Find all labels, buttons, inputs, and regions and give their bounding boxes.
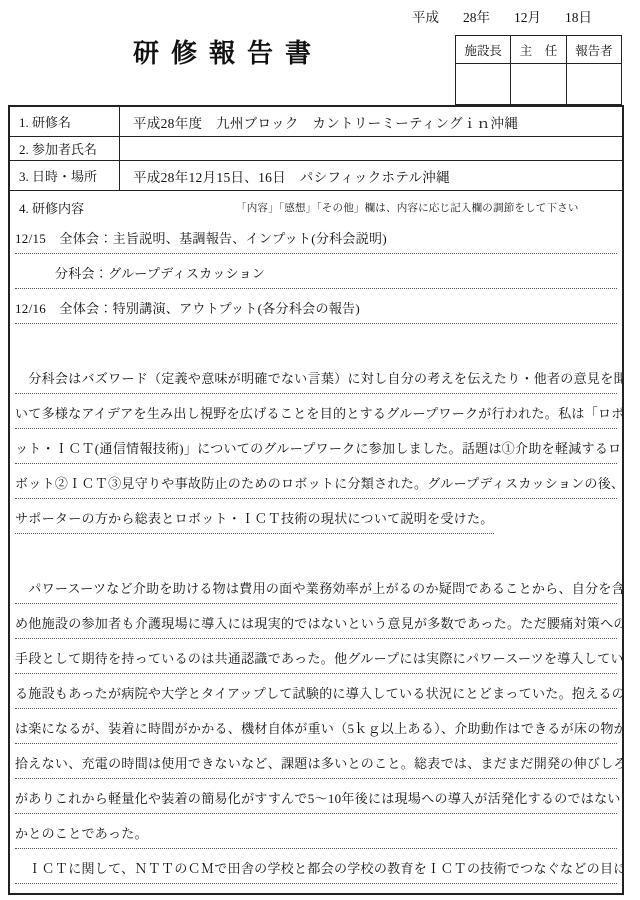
- body-line-text: 12/15 全体会：主旨説明、基調報告、インプット(分科会説明): [15, 224, 617, 254]
- body-line: いて多様なアイデアを生み出し視野を広げることを目的とするグループワークが行われた…: [15, 399, 617, 434]
- signature-cell-facility-director: [456, 64, 511, 104]
- training-report-page: { "date": { "era": "平成", "year": "28年", …: [0, 0, 640, 900]
- body-line: サポーターの方から総表とロボット・ＩＣＴ技術の現状について説明を受けた。: [15, 504, 617, 539]
- body-line: 手段として期待を持っているのは共通認識であった。他グループには実際にパワースーツ…: [15, 644, 617, 679]
- approval-header-reporter: 報告者: [567, 36, 621, 63]
- report-body-lines: 12/15 全体会：主旨説明、基調報告、インプット(分科会説明) 分科会：グルー…: [10, 224, 622, 889]
- body-line: ボット②ＩＣＴ③見守りや事故防止のためのロボットに分類された。グループディスカッ…: [15, 469, 617, 504]
- section4-header-row: 4. 研修内容 「内容」「感想」「その他」欄は、内容に応じ記入欄の調節をして下さ…: [10, 191, 622, 224]
- date-month: 12月: [514, 6, 541, 26]
- body-line: パワースーツなど介助を助ける物は費用の面や業務効率が上がるのか疑問であることから…: [15, 574, 617, 609]
- body-line: かとのことであった。: [15, 819, 617, 854]
- body-line-text: は楽になるが、装着に時間がかかる、機材自体が重い（5ｋｇ以上ある）、介助動作はで…: [15, 714, 617, 744]
- body-line-text: 分科会：グループディスカッション: [15, 259, 617, 289]
- body-line-text: 12/16 全体会：特別講演、アウトプット(各分科会の報告): [15, 294, 617, 324]
- body-line: がありこれから軽量化や装着の簡易化がすすんで5～10年後には現場への導入が活発化…: [15, 784, 617, 819]
- body-line-text: 分科会はバズワード（定義や意味が明確でない言葉）に対し自分の考えを伝えたり・他者…: [15, 364, 617, 394]
- body-line-text: ット・ＩＣＴ(通信情報技術)」についてのグループワークに参加しました。話題は①介…: [15, 434, 617, 464]
- page-title: 研修報告書: [133, 33, 323, 70]
- approval-signature-row: [456, 64, 621, 104]
- body-line: 12/16 全体会：特別講演、アウトプット(各分科会の報告): [15, 294, 617, 329]
- body-line-text: ボット②ＩＣＴ③見守りや事故防止のためのロボットに分類された。グループディスカッ…: [15, 469, 617, 499]
- approval-stamp-table: 施設長 主 任 報告者: [455, 35, 622, 105]
- field-label-training-name: 1. 研修名: [10, 107, 120, 136]
- body-line-text: サポーターの方から総表とロボット・ＩＣＴ技術の現状について説明を受けた。: [15, 504, 494, 534]
- body-line: [15, 329, 617, 364]
- section4-note: 「内容」「感想」「その他」欄は、内容に応じ記入欄の調節をして下さい: [236, 200, 579, 215]
- field-value-participants: [120, 137, 622, 160]
- field-row-training-name: 1. 研修名 平成28年度 九州ブロック カントリーミーティングｉｎ沖縄: [10, 107, 622, 137]
- field-value-training-name: 平成28年度 九州ブロック カントリーミーティングｉｎ沖縄: [120, 107, 622, 136]
- date-era: 平成: [412, 6, 439, 26]
- body-line-text: がありこれから軽量化や装着の簡易化がすすんで5～10年後には現場への導入が活発化…: [15, 784, 617, 814]
- body-line: [15, 539, 617, 574]
- body-line-text: め他施設の参加者も介護現場に導入には現実的ではないという意見が多数であった。ただ…: [15, 609, 617, 639]
- body-line: 12/15 全体会：主旨説明、基調報告、インプット(分科会説明): [15, 224, 617, 259]
- approval-header-facility-director: 施設長: [456, 36, 511, 63]
- signature-cell-chief: [511, 64, 566, 104]
- field-label-participants: 2. 参加者氏名: [10, 137, 120, 160]
- body-line-text: かとのことであった。: [15, 819, 617, 849]
- body-line: る施設もあったが病院や大学とタイアップして試験的に導入している状況にとどまってい…: [15, 679, 617, 714]
- date-year: 28年: [463, 6, 490, 26]
- body-line-text: 拾えない、充電の時間は使用できないなど、課題は多いとのこと。総表では、まだまだ開…: [15, 749, 617, 779]
- report-table: 1. 研修名 平成28年度 九州ブロック カントリーミーティングｉｎ沖縄 2. …: [8, 105, 624, 895]
- approval-header-row: 施設長 主 任 報告者: [456, 36, 621, 64]
- field-row-participants: 2. 参加者氏名: [10, 137, 622, 161]
- body-line: め他施設の参加者も介護現場に導入には現実的ではないという意見が多数であった。ただ…: [15, 609, 617, 644]
- report-date: 平成 28年 12月 18日: [412, 6, 592, 26]
- field-value-date-place: 平成28年12月15日、16日 パシフィックホテル沖縄: [120, 161, 622, 190]
- date-day: 18日: [565, 6, 592, 26]
- body-line-text: 手段として期待を持っているのは共通認識であった。他グループには実際にパワースーツ…: [15, 644, 617, 674]
- field-label-date-place: 3. 日時・場所: [10, 161, 120, 190]
- body-line-text: いて多様なアイデアを生み出し視野を広げることを目的とするグループワークが行われた…: [15, 399, 617, 429]
- body-line: 拾えない、充電の時間は使用できないなど、課題は多いとのこと。総表では、まだまだ開…: [15, 749, 617, 784]
- body-line: ット・ＩＣＴ(通信情報技術)」についてのグループワークに参加しました。話題は①介…: [15, 434, 617, 469]
- signature-cell-reporter: [567, 64, 621, 104]
- body-line-text: る施設もあったが病院や大学とタイアップして試験的に導入している状況にとどまってい…: [15, 679, 617, 709]
- section4-label: 4. 研修内容: [10, 198, 236, 217]
- body-line-text: パワースーツなど介助を助ける物は費用の面や業務効率が上がるのか疑問であることから…: [15, 574, 617, 604]
- body-line: ＩＣＴに関して、ＮＴＴのＣＭで田舎の学校と都会の学校の教育をＩＣＴの技術でつなぐ…: [15, 854, 617, 889]
- body-line: 分科会：グループディスカッション: [15, 259, 617, 294]
- field-row-date-place: 3. 日時・場所 平成28年12月15日、16日 パシフィックホテル沖縄: [10, 161, 622, 191]
- approval-header-chief: 主 任: [511, 36, 566, 63]
- body-line: 分科会はバズワード（定義や意味が明確でない言葉）に対し自分の考えを伝えたり・他者…: [15, 364, 617, 399]
- body-line: は楽になるが、装着に時間がかかる、機材自体が重い（5ｋｇ以上ある）、介助動作はで…: [15, 714, 617, 749]
- body-line-text: ＩＣＴに関して、ＮＴＴのＣＭで田舎の学校と都会の学校の教育をＩＣＴの技術でつなぐ…: [15, 854, 617, 884]
